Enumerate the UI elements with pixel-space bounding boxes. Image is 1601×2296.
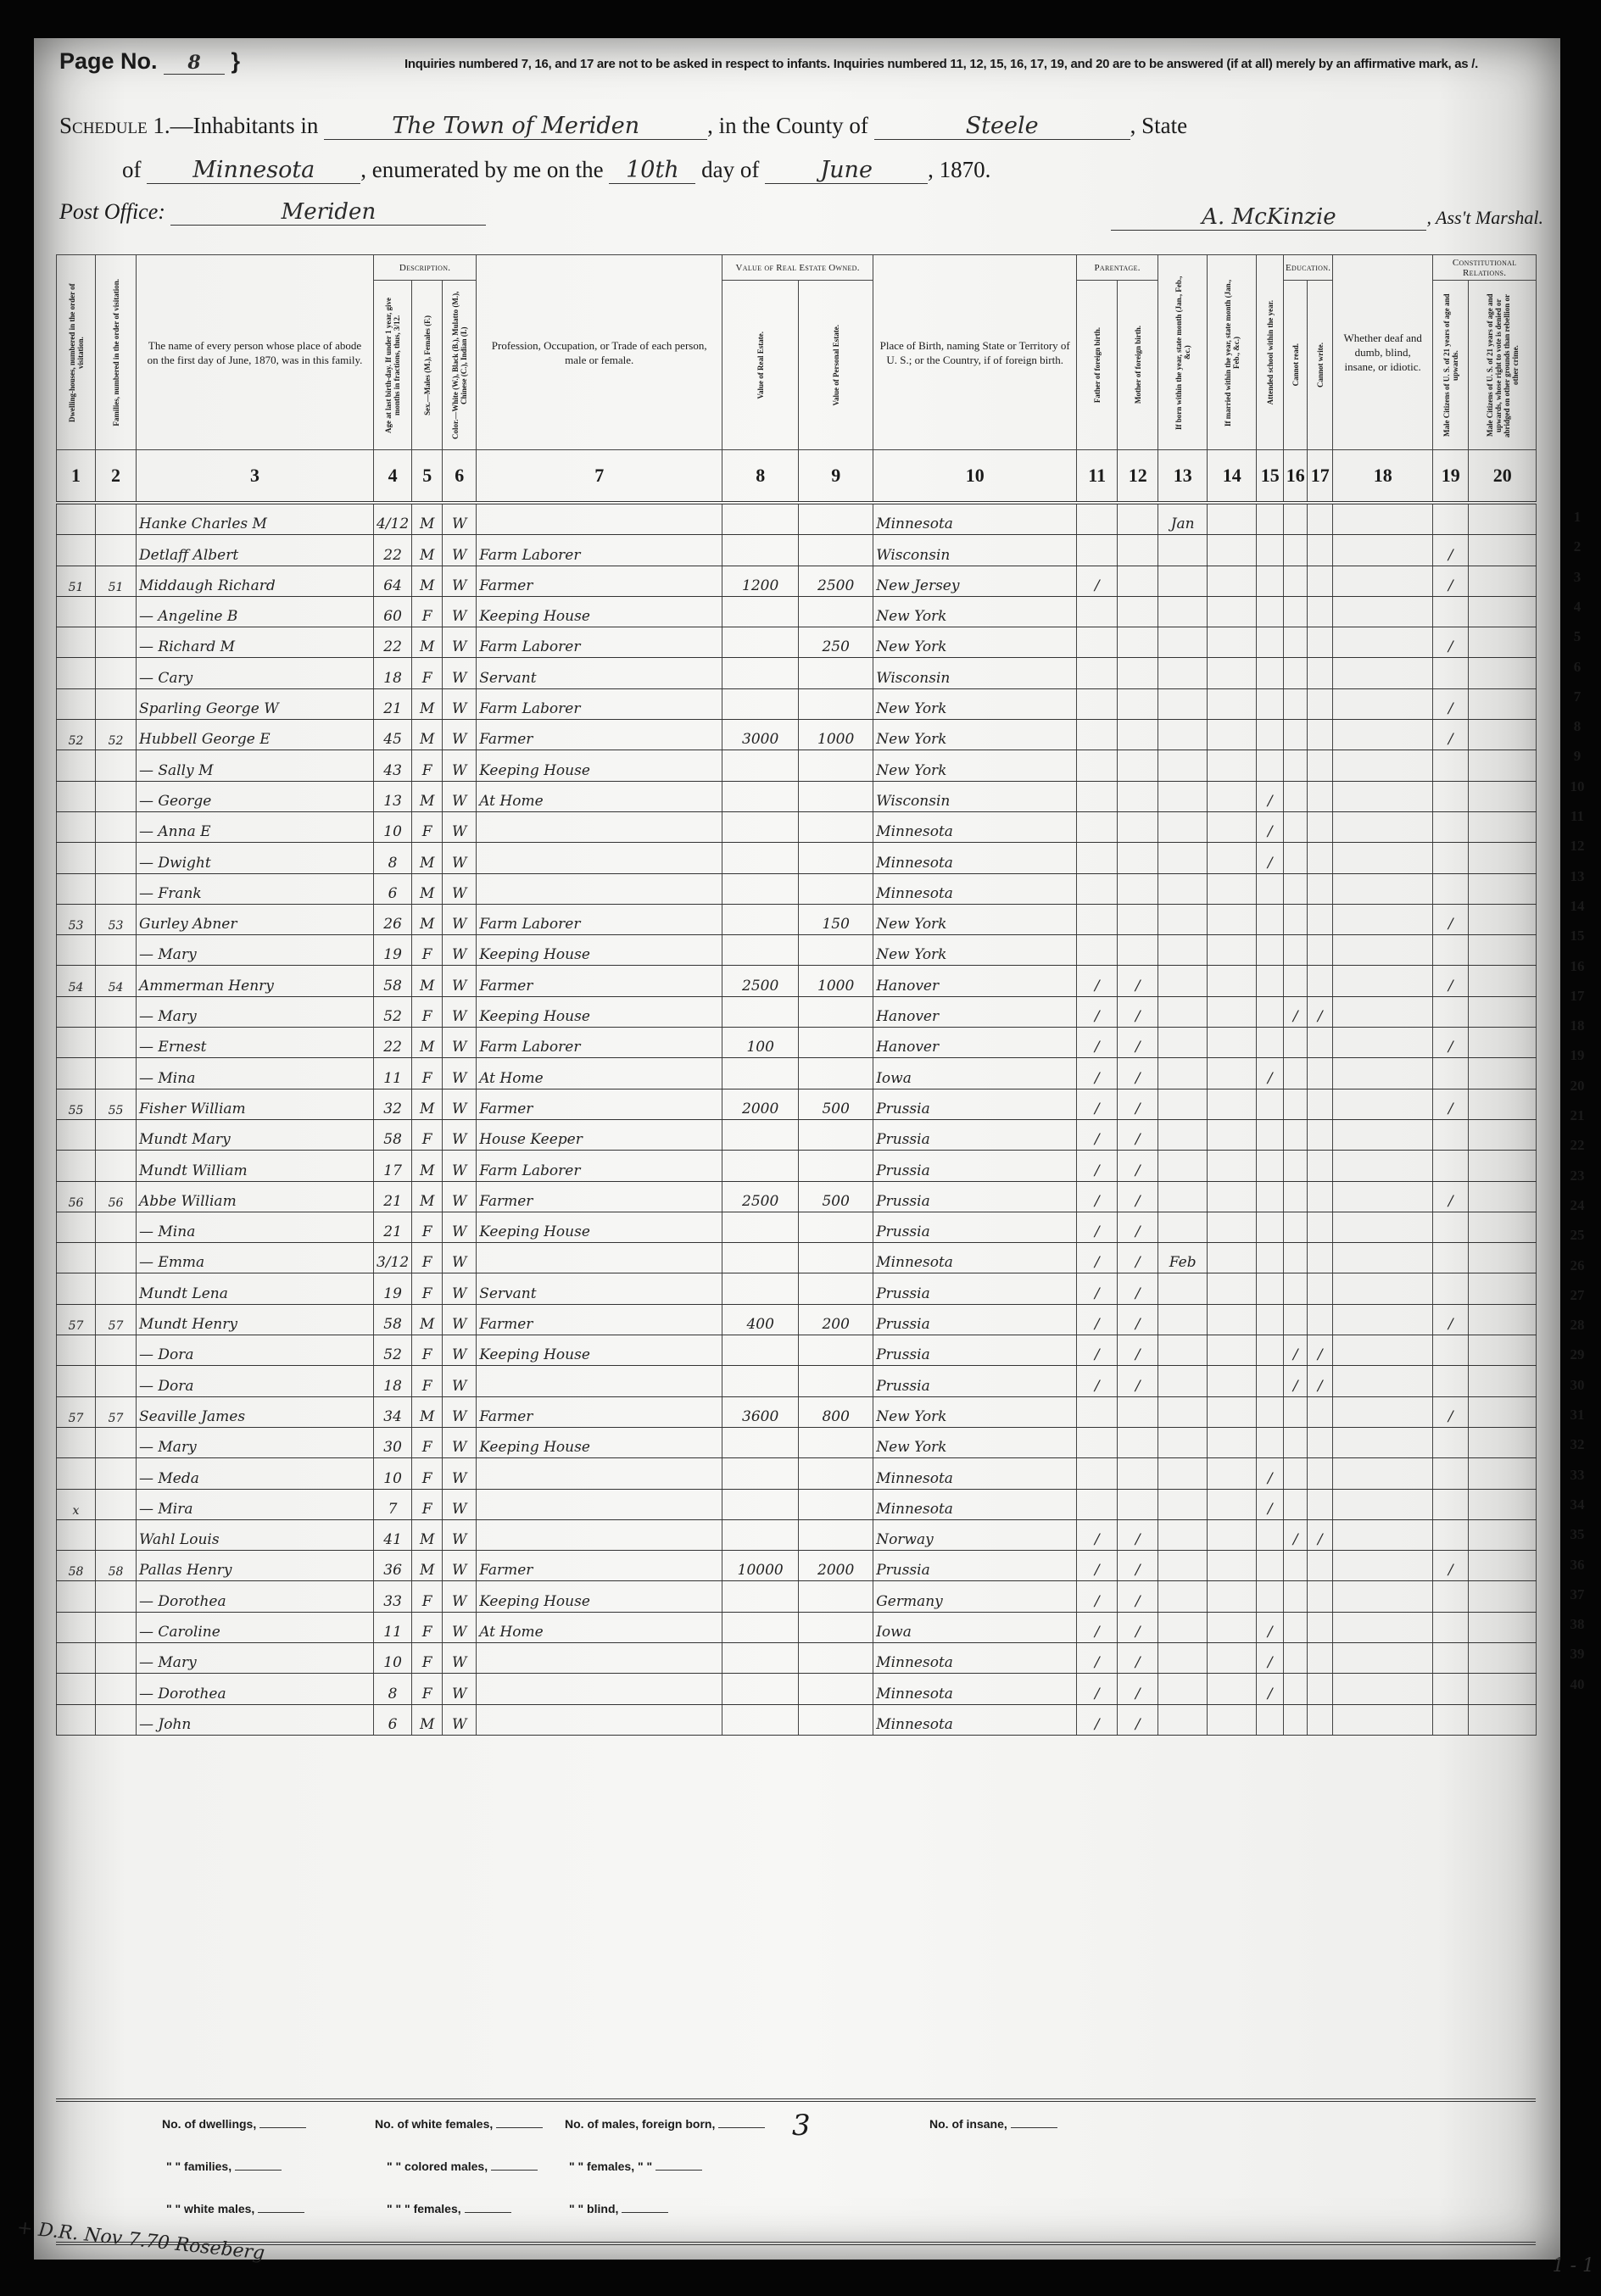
born-month — [1158, 627, 1208, 658]
father-foreign: / — [1077, 1674, 1118, 1704]
real-estate-value — [722, 1058, 799, 1089]
male-citizen: / — [1433, 1089, 1469, 1119]
color: W — [443, 688, 477, 719]
male-citizen — [1433, 1581, 1469, 1612]
mother-foreign: / — [1118, 1335, 1158, 1366]
mother-foreign — [1118, 781, 1158, 811]
born-month — [1158, 904, 1208, 934]
cannot-read — [1284, 811, 1308, 842]
personal-estate-value — [799, 781, 873, 811]
cannot-read — [1284, 535, 1308, 566]
family-number: 58 — [96, 1551, 137, 1581]
sex: F — [412, 1612, 443, 1642]
personal-estate-value — [799, 1028, 873, 1058]
personal-estate-value — [799, 1335, 873, 1366]
deaf-blind — [1333, 1612, 1433, 1642]
father-foreign — [1077, 658, 1118, 688]
vote-denied — [1469, 1642, 1537, 1673]
person-name: — Mina — [137, 1058, 374, 1089]
table-row: 5555Fisher William32MWFarmer2000500Pruss… — [57, 1089, 1537, 1119]
table-row: — Mary52FWKeeping HouseHanover//// — [57, 996, 1537, 1027]
person-name: Hubbell George E — [137, 720, 374, 750]
person-name: — Mira — [137, 1489, 374, 1519]
birthplace: Wisconsin — [873, 658, 1077, 688]
vote-denied — [1469, 904, 1537, 934]
birthplace: New Jersey — [873, 566, 1077, 596]
real-estate-value — [722, 1642, 799, 1673]
table-row: Wahl Louis41MWNorway//// — [57, 1519, 1537, 1550]
married-month — [1208, 811, 1257, 842]
sex: F — [412, 1642, 443, 1673]
deaf-blind — [1333, 935, 1433, 966]
age: 10 — [374, 811, 412, 842]
total-females-foreign: " " females, " " — [569, 2159, 702, 2173]
township-field: The Town of Meriden — [324, 113, 707, 140]
cannot-write — [1308, 535, 1333, 566]
father-foreign: / — [1077, 1119, 1118, 1150]
occupation: House Keeper — [477, 1119, 722, 1150]
color: W — [443, 720, 477, 750]
married-month — [1208, 1243, 1257, 1273]
age: 8 — [374, 1674, 412, 1704]
vote-denied — [1469, 1458, 1537, 1489]
attended-school — [1257, 1519, 1284, 1550]
sex: F — [412, 1489, 443, 1519]
age: 19 — [374, 935, 412, 966]
attended-school — [1257, 935, 1284, 966]
birthplace: Prussia — [873, 1335, 1077, 1366]
color: W — [443, 1366, 477, 1396]
color: W — [443, 1304, 477, 1335]
married-month — [1208, 688, 1257, 719]
column-number: 2 — [96, 450, 137, 504]
born-month — [1158, 811, 1208, 842]
dwelling-number — [57, 1674, 96, 1704]
male-citizen: / — [1433, 904, 1469, 934]
male-citizen — [1433, 1489, 1469, 1519]
born-month: Feb — [1158, 1243, 1208, 1273]
deaf-blind — [1333, 535, 1433, 566]
personal-estate-value — [799, 1273, 873, 1304]
occupation: Keeping House — [477, 1581, 722, 1612]
vote-denied — [1469, 966, 1537, 996]
family-number — [96, 596, 137, 627]
occupation: Servant — [477, 658, 722, 688]
father-foreign — [1077, 935, 1118, 966]
born-month — [1158, 781, 1208, 811]
dwelling-number — [57, 1458, 96, 1489]
father-foreign — [1077, 781, 1118, 811]
real-estate-value — [722, 596, 799, 627]
married-month — [1208, 1028, 1257, 1058]
line-number: 27 — [1560, 1287, 1594, 1304]
cannot-write — [1308, 1243, 1333, 1273]
vote-denied — [1469, 935, 1537, 966]
birthplace: Hanover — [873, 996, 1077, 1027]
real-estate-value — [722, 1243, 799, 1273]
mother-foreign — [1118, 935, 1158, 966]
mother-foreign: / — [1118, 1704, 1158, 1735]
age: 11 — [374, 1058, 412, 1089]
occupation: At Home — [477, 1612, 722, 1642]
male-citizen — [1433, 750, 1469, 781]
line-number: 11 — [1560, 808, 1594, 825]
table-row: Mundt William17MWFarm LaborerPrussia// — [57, 1151, 1537, 1181]
deaf-blind — [1333, 720, 1433, 750]
real-estate-value: 2000 — [722, 1089, 799, 1119]
family-number: 53 — [96, 904, 137, 934]
married-month — [1208, 1119, 1257, 1150]
occupation — [477, 1366, 722, 1396]
sex: M — [412, 1551, 443, 1581]
family-number — [96, 1058, 137, 1089]
real-estate-value: 3000 — [722, 720, 799, 750]
person-name: — Emma — [137, 1243, 374, 1273]
deaf-blind — [1333, 1028, 1433, 1058]
male-citizen — [1433, 1427, 1469, 1457]
line-number: 35 — [1560, 1526, 1594, 1543]
deaf-blind — [1333, 843, 1433, 873]
person-name: — Dorothea — [137, 1581, 374, 1612]
attended-school — [1257, 1273, 1284, 1304]
color: W — [443, 1212, 477, 1242]
born-month — [1158, 1304, 1208, 1335]
column-number: 10 — [873, 450, 1077, 504]
deaf-blind — [1333, 1335, 1433, 1366]
occupation: Keeping House — [477, 750, 722, 781]
cannot-read: / — [1284, 1366, 1308, 1396]
vote-denied — [1469, 750, 1537, 781]
birthplace: Hanover — [873, 966, 1077, 996]
cannot-read — [1284, 1304, 1308, 1335]
mother-foreign: / — [1118, 1581, 1158, 1612]
cannot-write: / — [1308, 1366, 1333, 1396]
married-month — [1208, 1304, 1257, 1335]
column-number: 16 — [1284, 450, 1308, 504]
age: 22 — [374, 535, 412, 566]
age: 18 — [374, 1366, 412, 1396]
family-number — [96, 1366, 137, 1396]
mother-foreign: / — [1118, 1243, 1158, 1273]
deaf-blind — [1333, 1519, 1433, 1550]
totals-section: No. of dwellings, " " families, " " whit… — [56, 2098, 1536, 2245]
dwelling-number — [57, 1519, 96, 1550]
male-citizen — [1433, 781, 1469, 811]
male-citizen — [1433, 811, 1469, 842]
sex: F — [412, 811, 443, 842]
person-name: — Dora — [137, 1366, 374, 1396]
real-estate-value — [722, 1674, 799, 1704]
sex: F — [412, 1427, 443, 1457]
real-estate-value — [722, 1519, 799, 1550]
dwelling-number — [57, 1028, 96, 1058]
cannot-write — [1308, 503, 1333, 535]
occupation: Keeping House — [477, 1212, 722, 1242]
dwelling-number — [57, 1273, 96, 1304]
person-name: Mundt Henry — [137, 1304, 374, 1335]
cannot-write: / — [1308, 1519, 1333, 1550]
birthplace: Prussia — [873, 1212, 1077, 1242]
occupation: Farm Laborer — [477, 535, 722, 566]
age: 32 — [374, 1089, 412, 1119]
page-number-label: Page No. 8 } — [59, 48, 240, 75]
color: W — [443, 1581, 477, 1612]
cannot-read — [1284, 1458, 1308, 1489]
cannot-read — [1284, 750, 1308, 781]
table-row: — Ernest22MWFarm Laborer100Hanover/// — [57, 1028, 1537, 1058]
person-name: — Meda — [137, 1458, 374, 1489]
age: 21 — [374, 1181, 412, 1212]
family-number — [96, 1335, 137, 1366]
table-row: 5858Pallas Henry36MWFarmer100002000Pruss… — [57, 1551, 1537, 1581]
family-number — [96, 1581, 137, 1612]
birthplace: Minnesota — [873, 1674, 1077, 1704]
inquiries-note: Inquiries numbered 7, 16, and 17 are not… — [339, 55, 1543, 74]
male-citizen — [1433, 1335, 1469, 1366]
vote-denied — [1469, 996, 1537, 1027]
born-month — [1158, 1489, 1208, 1519]
father-foreign: / — [1077, 1058, 1118, 1089]
family-number — [96, 1119, 137, 1150]
sex: M — [412, 904, 443, 934]
age: 18 — [374, 658, 412, 688]
father-foreign: / — [1077, 1551, 1118, 1581]
male-citizen: / — [1433, 1551, 1469, 1581]
birthplace: Norway — [873, 1519, 1077, 1550]
color: W — [443, 904, 477, 934]
personal-estate-value — [799, 1642, 873, 1673]
age: 33 — [374, 1581, 412, 1612]
deaf-blind — [1333, 627, 1433, 658]
color: W — [443, 1642, 477, 1673]
cannot-write — [1308, 1028, 1333, 1058]
census-rows: Hanke Charles M4/12MWMinnesotaJanDetlaff… — [57, 503, 1537, 1735]
married-month — [1208, 996, 1257, 1027]
occupation: Keeping House — [477, 1427, 722, 1457]
attended-school: / — [1257, 843, 1284, 873]
dwelling-number: 58 — [57, 1551, 96, 1581]
personal-estate-value — [799, 1427, 873, 1457]
cannot-write: / — [1308, 1335, 1333, 1366]
mother-foreign — [1118, 873, 1158, 904]
line-number: 4 — [1560, 599, 1594, 616]
person-name: — Caroline — [137, 1612, 374, 1642]
born-month — [1158, 1551, 1208, 1581]
father-foreign: / — [1077, 1089, 1118, 1119]
father-foreign — [1077, 1427, 1118, 1457]
person-name: Gurley Abner — [137, 904, 374, 934]
male-citizen — [1433, 1458, 1469, 1489]
vote-denied — [1469, 811, 1537, 842]
personal-estate-value — [799, 596, 873, 627]
real-estate-value: 10000 — [722, 1551, 799, 1581]
header-name: The name of every person whose place of … — [137, 255, 374, 450]
total-white-females: No. of white females, — [375, 2117, 543, 2131]
married-month — [1208, 1212, 1257, 1242]
vote-denied — [1469, 596, 1537, 627]
line-number: 40 — [1560, 1676, 1594, 1693]
age: 22 — [374, 627, 412, 658]
attended-school: / — [1257, 781, 1284, 811]
vote-denied — [1469, 1058, 1537, 1089]
real-estate-value — [722, 1427, 799, 1457]
color: W — [443, 658, 477, 688]
table-row: — Mary30FWKeeping HouseNew York — [57, 1427, 1537, 1457]
mother-foreign — [1118, 904, 1158, 934]
cannot-read — [1284, 966, 1308, 996]
table-row: Hanke Charles M4/12MWMinnesotaJan — [57, 503, 1537, 535]
age: 30 — [374, 1427, 412, 1457]
deaf-blind — [1333, 566, 1433, 596]
family-number — [96, 935, 137, 966]
dwelling-number: 53 — [57, 904, 96, 934]
mother-foreign: / — [1118, 1119, 1158, 1150]
deaf-blind — [1333, 503, 1433, 535]
personal-estate-value: 150 — [799, 904, 873, 934]
married-month — [1208, 1581, 1257, 1612]
family-number — [96, 1458, 137, 1489]
father-foreign: / — [1077, 1366, 1118, 1396]
deaf-blind — [1333, 996, 1433, 1027]
real-estate-value — [722, 658, 799, 688]
father-foreign: / — [1077, 1151, 1118, 1181]
born-month — [1158, 720, 1208, 750]
family-number — [96, 535, 137, 566]
birthplace: Minnesota — [873, 1243, 1077, 1273]
family-number — [96, 1212, 137, 1242]
line-number: 12 — [1560, 838, 1594, 855]
family-number — [96, 811, 137, 842]
census-sheet: Page No. 8 } Inquiries numbered 7, 16, a… — [34, 38, 1560, 2260]
cannot-write — [1308, 1489, 1333, 1519]
attended-school — [1257, 1581, 1284, 1612]
married-month — [1208, 627, 1257, 658]
attended-school — [1257, 596, 1284, 627]
father-foreign — [1077, 750, 1118, 781]
header-male-citizens: Male Citizens of U. S. of 21 years of ag… — [1433, 281, 1469, 450]
header-occupation: Profession, Occupation, or Trade of each… — [477, 255, 722, 450]
dwelling-number — [57, 781, 96, 811]
total-males-foreign: No. of males, foreign born, — [565, 2117, 765, 2131]
personal-estate-value — [799, 1243, 873, 1273]
line-number: 2 — [1560, 538, 1594, 555]
vote-denied — [1469, 781, 1537, 811]
born-month — [1158, 1273, 1208, 1304]
mother-foreign: / — [1118, 1089, 1158, 1119]
person-name: Middaugh Richard — [137, 566, 374, 596]
cannot-read — [1284, 658, 1308, 688]
cannot-write — [1308, 1396, 1333, 1427]
personal-estate-value: 2500 — [799, 566, 873, 596]
dwelling-number: 55 — [57, 1089, 96, 1119]
deaf-blind — [1333, 658, 1433, 688]
line-number: 37 — [1560, 1586, 1594, 1603]
age: 21 — [374, 1212, 412, 1242]
total-white-males: " " white males, — [166, 2202, 304, 2215]
deaf-blind — [1333, 1212, 1433, 1242]
table-row: — Mary10FWMinnesota/// — [57, 1642, 1537, 1673]
vote-denied — [1469, 1212, 1537, 1242]
mother-foreign — [1118, 843, 1158, 873]
month-field: June — [765, 157, 928, 184]
schedule-line: Schedule 1.—Inhabitants in The Town of M… — [59, 113, 1187, 140]
occupation: Keeping House — [477, 596, 722, 627]
family-number — [96, 688, 137, 719]
father-foreign — [1077, 596, 1118, 627]
dwelling-number — [57, 1427, 96, 1457]
married-month — [1208, 1704, 1257, 1735]
male-citizen — [1433, 843, 1469, 873]
color: W — [443, 935, 477, 966]
cannot-write — [1308, 596, 1333, 627]
person-name: Fisher William — [137, 1089, 374, 1119]
birthplace: New York — [873, 904, 1077, 934]
person-name: Mundt William — [137, 1151, 374, 1181]
dwelling-number: 57 — [57, 1396, 96, 1427]
total-colored-females: " " " females, — [387, 2202, 511, 2215]
table-row: — Dorothea33FWKeeping HouseGermany// — [57, 1581, 1537, 1612]
occupation: Keeping House — [477, 996, 722, 1027]
vote-denied — [1469, 1489, 1537, 1519]
sex: M — [412, 566, 443, 596]
color: W — [443, 1519, 477, 1550]
table-row: — Dwight8MWMinnesota/ — [57, 843, 1537, 873]
male-citizen — [1433, 1519, 1469, 1550]
born-month — [1158, 1366, 1208, 1396]
mother-foreign: / — [1118, 1028, 1158, 1058]
header-sex: Sex.—Males (M.), Females (F.) — [412, 281, 443, 450]
column-number: 3 — [137, 450, 374, 504]
mother-foreign — [1118, 750, 1158, 781]
father-foreign: / — [1077, 1612, 1118, 1642]
cannot-read — [1284, 843, 1308, 873]
table-row: 5454Ammerman Henry58MWFarmer25001000Hano… — [57, 966, 1537, 996]
color: W — [443, 1458, 477, 1489]
occupation: At Home — [477, 781, 722, 811]
column-number: 12 — [1118, 450, 1158, 504]
deaf-blind — [1333, 1551, 1433, 1581]
attended-school: / — [1257, 1642, 1284, 1673]
personal-estate-value — [799, 1581, 873, 1612]
married-month — [1208, 1151, 1257, 1181]
column-number: 9 — [799, 450, 873, 504]
mother-foreign — [1118, 720, 1158, 750]
vote-denied — [1469, 627, 1537, 658]
header-birthplace: Place of Birth, naming State or Territor… — [873, 255, 1077, 450]
dwelling-number — [57, 658, 96, 688]
person-name: — Dora — [137, 1335, 374, 1366]
real-estate-value: 3600 — [722, 1396, 799, 1427]
person-name: — Mina — [137, 1212, 374, 1242]
person-name: Pallas Henry — [137, 1551, 374, 1581]
dwelling-number — [57, 1119, 96, 1150]
table-row: — Sally M43FWKeeping HouseNew York — [57, 750, 1537, 781]
attended-school — [1257, 720, 1284, 750]
column-number: 6 — [443, 450, 477, 504]
dwelling-number — [57, 1151, 96, 1181]
father-foreign — [1077, 904, 1118, 934]
table-row: x— Mira7FWMinnesota/ — [57, 1489, 1537, 1519]
line-number: 1 — [1560, 509, 1594, 526]
table-row: 5151Middaugh Richard64MWFarmer12002500Ne… — [57, 566, 1537, 596]
deaf-blind — [1333, 1366, 1433, 1396]
cannot-read — [1284, 1212, 1308, 1242]
mother-foreign: / — [1118, 1151, 1158, 1181]
person-name: Ammerman Henry — [137, 966, 374, 996]
married-month — [1208, 1427, 1257, 1457]
dwelling-number — [57, 535, 96, 566]
column-number: 18 — [1333, 450, 1433, 504]
